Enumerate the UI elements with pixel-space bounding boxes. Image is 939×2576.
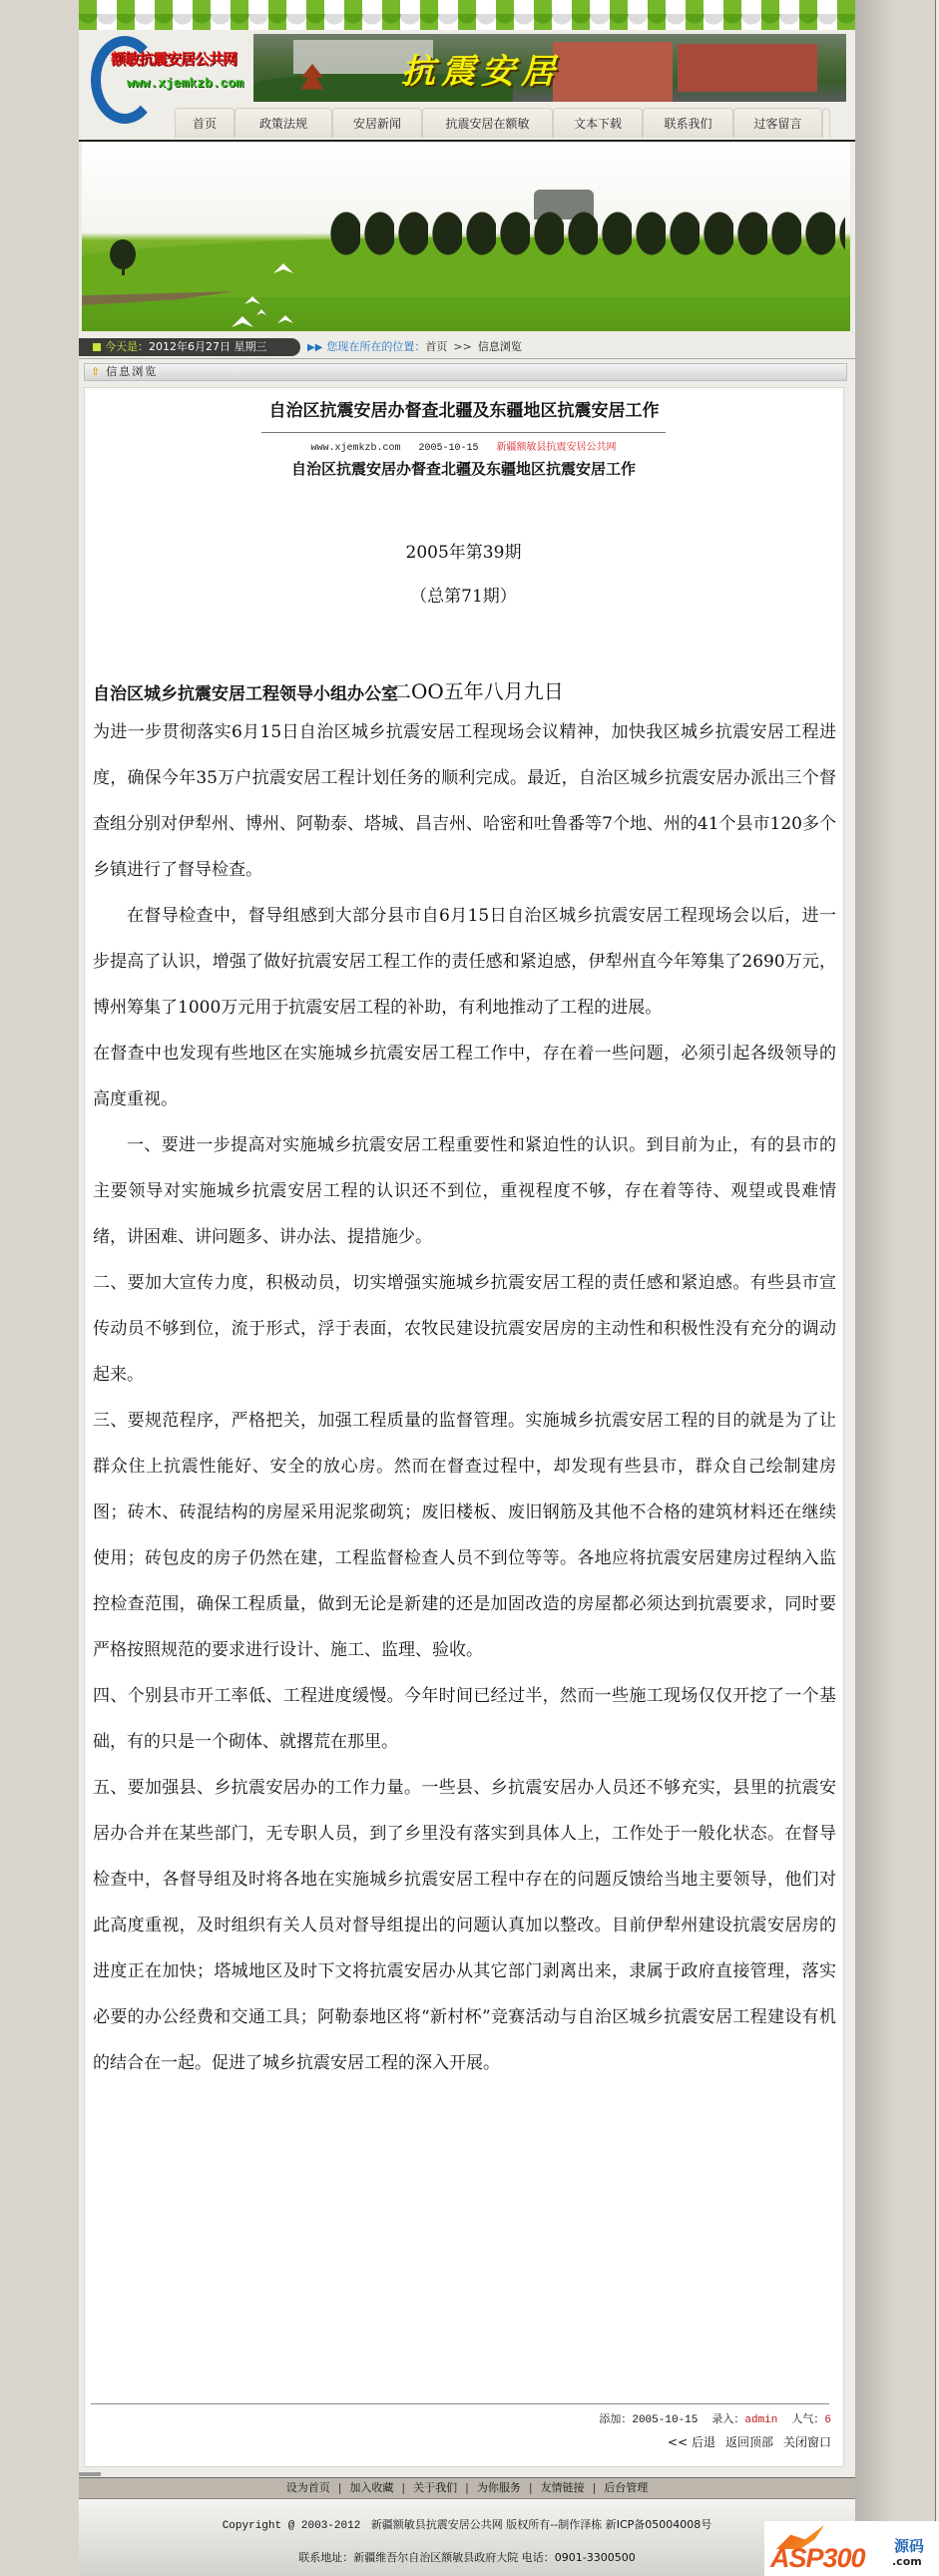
banner-building: [553, 42, 673, 102]
breadcrumb: ▶▶您现在所在的位置：首页>>信息浏览: [307, 338, 522, 356]
editor-label: 录入：: [711, 2414, 744, 2426]
up-arrow-icon: ⇧: [91, 365, 102, 378]
views-label: 人气：: [791, 2414, 824, 2426]
logo-url: www.xjemkzb.com: [127, 76, 243, 91]
watermark-brand: ASP300: [770, 2543, 865, 2574]
awning-scallop: [79, 14, 855, 30]
banner-title: 抗震安居: [401, 44, 561, 93]
nav-item[interactable]: 过客留言: [733, 108, 822, 138]
added-value: 2005-10-15: [632, 2414, 698, 2426]
article-paragraph: 一、要进一步提高对实施城乡抗震安居工程重要性和紧迫性的认识。到目前为止，有的县市…: [93, 1122, 836, 1260]
footer-nav-link[interactable]: 加入收藏: [349, 2481, 393, 2494]
breadcrumb-separator: >>: [453, 340, 471, 353]
footer-nav-link[interactable]: 设为首页: [286, 2481, 330, 2494]
logo-title: 额敏抗震安居公共网: [111, 48, 236, 69]
article-paragraph: 在督导检查中，督导组感到大部分县市自6月15日自治区城乡抗震安居工程现场会以后，…: [93, 893, 836, 1031]
article-paragraph: 二、要加大宣传力度，积极动员，切实增强实施城乡抗震安居工程的责任感和紧迫感。有些…: [93, 1260, 836, 1398]
copyright-line: Copyright @ 2003-2012 新疆额敏县抗震安居公共网 版权所有-…: [79, 2516, 855, 2532]
bird-icon: [256, 309, 266, 315]
footer-nav-link[interactable]: 后台管理: [604, 2481, 648, 2494]
watermark-tld: .com: [892, 2555, 922, 2568]
footer-nav-separator: |: [338, 2481, 342, 2494]
footer-nav-separator: |: [593, 2481, 597, 2494]
status-divider: [79, 358, 855, 359]
article-paragraph: 三、要规范程序，严格把关，加强工程质量的监督管理。实施城乡抗震安居工程的目的就是…: [93, 1398, 836, 1673]
back-link[interactable]: << 后退: [668, 2435, 715, 2449]
back-to-top-link[interactable]: 返回顶部: [725, 2435, 773, 2449]
footer-nav-link[interactable]: 友情链接: [541, 2481, 585, 2494]
banner-treeline: [326, 212, 845, 255]
footer-nav-separator: |: [465, 2481, 469, 2494]
footer-nav-link[interactable]: 关于我们: [413, 2481, 457, 2494]
copyright-years: Copyright @ 2003-2012: [223, 2520, 361, 2532]
nav-item[interactable]: 首页: [175, 108, 235, 138]
nav-end-cap: [822, 108, 830, 138]
section-header: ⇧信息浏览: [84, 363, 847, 381]
copyright-block: Copyright @ 2003-2012 新疆额敏县抗震安居公共网 版权所有-…: [79, 2499, 855, 2576]
site-logo[interactable]: 额敏抗震安居公共网 www.xjemkzb.com: [91, 36, 240, 106]
footer-nav-separator: |: [529, 2481, 533, 2494]
window-scrollbar[interactable]: [935, 0, 939, 2576]
article-meta: www.xjemkzb.com2005-10-15新疆额敏县抗震安居公共网: [212, 438, 715, 454]
article-paragraph: 为进一步贯彻落实6月15日自治区城乡抗震安居工程现场会议精神，加快我区城乡抗震安…: [93, 709, 836, 893]
today-box: 今天是：2012年6月27日 星期三: [79, 338, 300, 356]
footer-nav-link[interactable]: 为你服务: [477, 2481, 521, 2494]
today-label: 今天是：: [105, 340, 149, 353]
nav-item[interactable]: 安居新闻: [332, 108, 422, 138]
article-paragraph: 在督查中也发现有些地区在实施城乡抗震安居工程工作中，存在着一些问题，必须引起各级…: [93, 1031, 836, 1122]
watermark-cn: 源码: [894, 2535, 924, 2556]
article-actions: << 后退返回顶部关闭窗口: [658, 2433, 831, 2450]
nav-item[interactable]: 文本下载: [553, 108, 643, 138]
editor-value: admin: [744, 2414, 777, 2426]
bird-icon: [244, 296, 260, 304]
footer-nav: 设为首页|加入收藏|关于我们|为你服务|友情链接|后台管理: [79, 2477, 855, 2499]
asp300-watermark: ASP300 源码 .com: [764, 2521, 939, 2576]
article-subtitle: 自治区抗震安居办督查北疆及东疆地区抗震安居工作: [212, 458, 715, 479]
section-title: 信息浏览: [106, 365, 158, 378]
square-bullet-icon: [93, 343, 101, 351]
article-publisher: 新疆额敏县抗震安居公共网: [497, 442, 617, 453]
issue-total: （总第71期）: [212, 582, 715, 607]
bird-icon: [277, 315, 293, 323]
banner-tree-trunk: [122, 267, 125, 275]
nav-item[interactable]: 抗震安居在额敏: [422, 108, 553, 138]
issuing-office: 自治区城乡抗震安居工程领导小组办公室: [93, 679, 398, 704]
bird-icon: [232, 316, 253, 327]
article-date: 2005-10-15: [419, 443, 479, 454]
header-banner: 抗震安居: [253, 34, 846, 102]
article-stats: 添加：2005-10-15录入：admin人气：6: [585, 2410, 831, 2426]
nav-item[interactable]: 政策法规: [235, 108, 332, 138]
breadcrumb-home[interactable]: 首页: [425, 340, 447, 353]
breadcrumb-current: 信息浏览: [478, 340, 522, 353]
footer-nav-separator: |: [401, 2481, 405, 2494]
page-container: 额敏抗震安居公共网 www.xjemkzb.com 抗震安居 首页政策法规安居新…: [79, 0, 855, 2576]
article-source: www.xjemkzb.com: [310, 443, 400, 454]
footer-divider: [91, 2403, 829, 2404]
location-label: 您现在所在的位置：: [326, 340, 425, 353]
banner-lone-tree: [110, 239, 136, 269]
status-strip: 今天是：2012年6月27日 星期三 ▶▶您现在所在的位置：首页>>信息浏览: [79, 338, 855, 356]
decorative-tab: [79, 2472, 101, 2476]
close-window-link[interactable]: 关闭窗口: [783, 2435, 831, 2449]
article-body: 为进一步贯彻落实6月15日自治区城乡抗震安居工程现场会议精神，加快我区城乡抗震安…: [93, 709, 836, 2086]
article-paragraph: 五、要加强县、乡抗震安居办的工作力量。一些县、乡抗震安居办人员还不够充实，县里的…: [93, 1765, 836, 2086]
issue-number: 2005年第39期: [212, 538, 715, 563]
today-value: 2012年6月27日 星期三: [149, 340, 267, 353]
page-shadow: [855, 0, 895, 2576]
article-title: 自治区抗震安居办督查北疆及东疆地区抗震安居工作: [85, 396, 843, 421]
banner-building: [678, 44, 817, 92]
added-label: 添加：: [599, 2414, 632, 2426]
contact-line: 联系地址：新疆维吾尔自治区额敏县政府大院 电话：0901-3300500: [79, 2549, 855, 2565]
title-divider: [261, 432, 666, 433]
issuing-date: 二ОО五年八月九日: [391, 675, 564, 704]
article-card: 自治区抗震安居办督查北疆及东疆地区抗震安居工作 www.xjemkzb.com2…: [84, 387, 844, 2467]
article-paragraph: 四、个别县市开工率低、工程进度缓慢。今年时间已经过半，然而一些施工现场仅仅开挖了…: [93, 1673, 836, 1765]
landscape-banner: [82, 142, 850, 331]
copyright-owner: 新疆额敏县抗震安居公共网 版权所有--制作泽栋 新ICP备05004008号: [371, 2518, 711, 2531]
main-nav: 首页政策法规安居新闻抗震安居在额敏文本下载联系我们过客留言: [175, 108, 830, 140]
views-value: 6: [824, 2414, 831, 2426]
nav-item[interactable]: 联系我们: [643, 108, 733, 138]
double-arrow-icon: ▶▶: [307, 342, 322, 353]
